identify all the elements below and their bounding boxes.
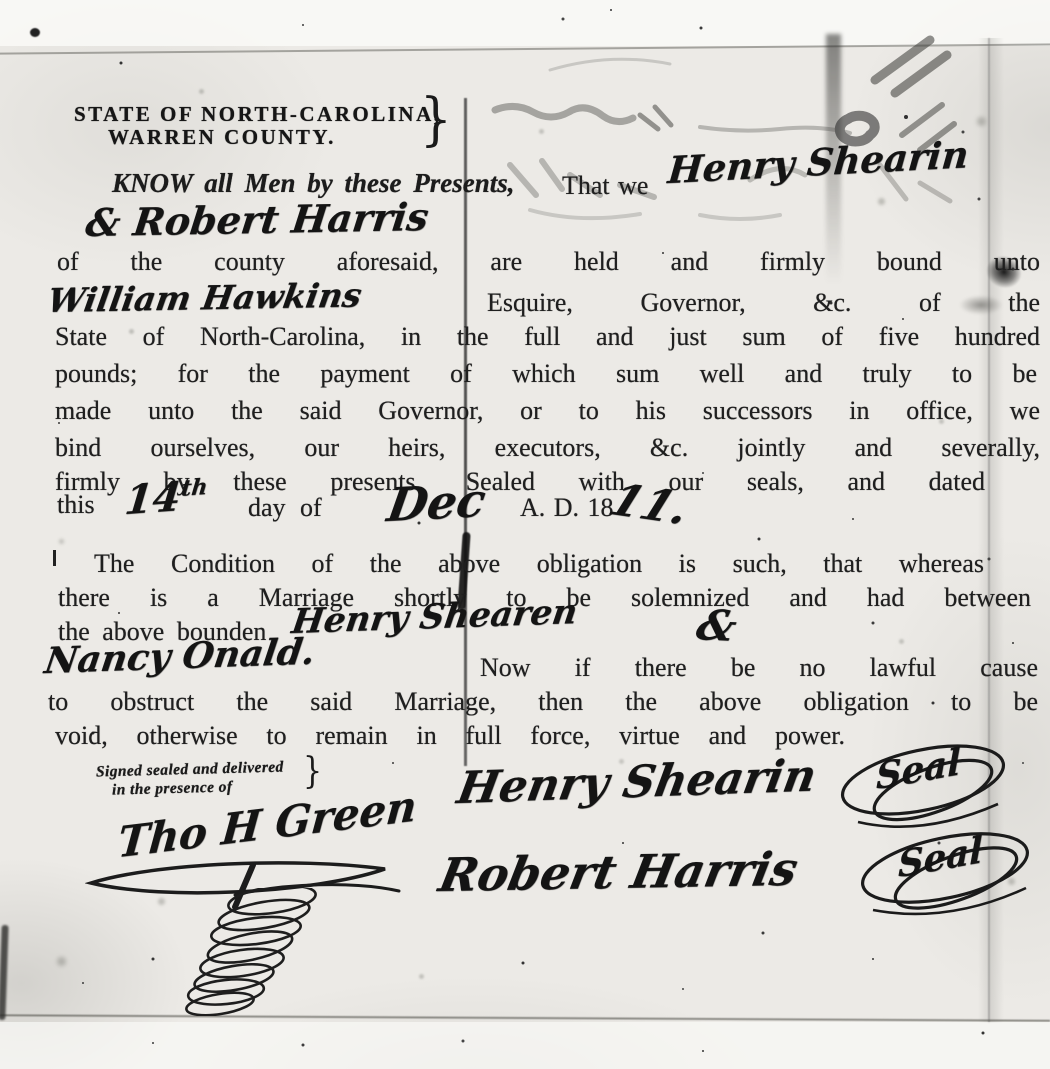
- bond-line-bind: bind ourselves, our heirs, executors, &c…: [55, 433, 1040, 463]
- header-county-line: WARREN COUNTY.: [108, 125, 336, 150]
- header-state-line: STATE OF NORTH-CAROLINA,: [74, 102, 441, 127]
- bond-line-bound-unto: of the county aforesaid, are held and fi…: [57, 247, 1040, 277]
- stray-ink-mark: [53, 550, 56, 566]
- handwritten-day: 14th: [123, 471, 210, 524]
- coil-flourish-icon: [160, 888, 340, 1016]
- signature-surety: Robert Harris: [435, 842, 802, 902]
- paper-specks-soft: [0, 0, 3, 3]
- handwritten-month: Dec: [384, 473, 490, 533]
- marriage-bond-scan: STATE OF NORTH-CAROLINA, WARREN COUNTY. …: [0, 0, 1050, 1069]
- day-number: 14: [123, 473, 184, 524]
- condition-line-5: to obstruct the said Marriage, then the …: [48, 687, 1038, 717]
- bond-line-sum: State of North-Carolina, in the full and…: [55, 322, 1040, 352]
- handwritten-governor-name: William Hawkins: [45, 275, 365, 320]
- day-suffix: th: [180, 474, 209, 502]
- bond-opening-roman: That we: [562, 171, 648, 201]
- condition-line-6: void, otherwise to remain in full force,…: [55, 721, 845, 751]
- left-edge-ink-mark: [0, 925, 9, 1020]
- bottom-fold-crease: [0, 1014, 1050, 1021]
- handwritten-bride-name: Nancy Onald.: [42, 630, 318, 682]
- seal-principal: Seal: [828, 742, 1018, 842]
- condition-line-4-printed: Now if there be no lawful cause: [480, 653, 1038, 683]
- bond-line-pounds: pounds; for the payment of which sum wel…: [55, 359, 1037, 389]
- date-day-of-label: day of: [248, 493, 322, 523]
- witness-brace-glyph: }: [303, 754, 322, 790]
- seal-surety: Seal: [848, 828, 1043, 928]
- bond-line-made: made unto the said Governor, or to his s…: [55, 396, 1040, 426]
- date-ad-label: A. D. 18: [520, 493, 614, 523]
- handwritten-surety-name: & Robert Harris: [83, 194, 431, 245]
- bottom-margin: [0, 1022, 1050, 1069]
- bleedthrough-smudges-icon: [450, 15, 1050, 235]
- witness-line-1: Signed sealed and delivered: [96, 759, 284, 782]
- ink-speck: [30, 28, 40, 37]
- signature-principal: Henry Shearin: [453, 750, 820, 814]
- bond-opening-italic: KNOW all Men by these Presents,: [112, 168, 515, 199]
- date-this-label: this: [57, 490, 95, 520]
- condition-line-1: The Condition of the above obligation is…: [94, 549, 984, 579]
- bond-line-esquire: Esquire, Governor, &c. of the: [487, 288, 1040, 318]
- header-brace-glyph: }: [420, 90, 452, 148]
- witness-line-2: in the presence of: [112, 778, 233, 799]
